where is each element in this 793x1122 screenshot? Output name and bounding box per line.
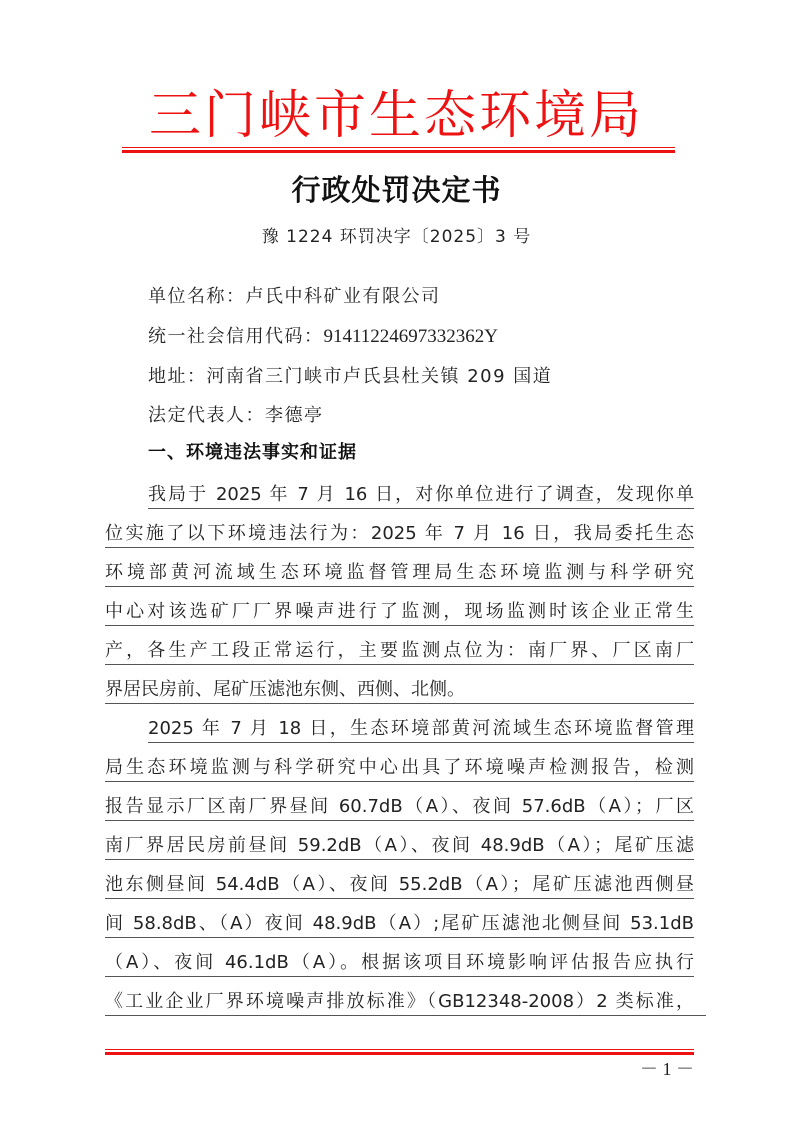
- underline: [105, 1015, 706, 1016]
- legal-rep-value: 李德亭: [265, 405, 324, 426]
- underline: [148, 742, 694, 743]
- document-number: 豫 1224 环罚决字〔2025〕3 号: [0, 224, 793, 250]
- body-line: 2025 年 7 月 18 日，生态环境部黄河流域生态环境监督管理: [148, 716, 694, 742]
- section-heading: 一、环境违法事实和证据: [148, 440, 357, 466]
- address-label: 地址：: [148, 366, 207, 387]
- underline: [105, 703, 694, 704]
- body-line: 池东侧昼间 54.4dB（A）、夜间 55.2dB（A）；尾矿压滤池西侧昼: [105, 872, 694, 898]
- body-line: 界居民房前、尾矿压滤池东侧、西侧、北侧。: [105, 677, 694, 703]
- body-line: 报告显示厂区南厂界昼间 60.7dB（A）、夜间 57.6dB（A）；厂区: [105, 794, 694, 820]
- organization-title: 三门峡市生态环境局: [105, 86, 688, 146]
- page-number: － 1 －: [630, 1057, 694, 1081]
- body-line: 产，各生产工段正常运行，主要监测点位为：南厂界、厂区南厂: [105, 638, 694, 664]
- body-line: 间 58.8dB、（A）夜间 48.9dB（A）;尾矿压滤池北侧昼间 53.1d…: [105, 911, 694, 937]
- underline: [105, 781, 694, 782]
- body-line: 南厂界居民房前昼间 59.2dB（A）、夜间 48.9dB（A）；尾矿压滤: [105, 833, 694, 859]
- address-value: 河南省三门峡市卢氏县杜关镇 209 国道: [207, 366, 553, 387]
- body-line: 位实施了以下环境违法行为：2025 年 7 月 16 日，我局委托生态: [105, 521, 694, 547]
- address-field: 地址：河南省三门峡市卢氏县杜关镇 209 国道: [148, 364, 552, 390]
- unit-name-label: 单位名称：: [148, 286, 246, 307]
- header-rule-thick: [122, 150, 675, 153]
- body-line: （A）、夜间 46.1dB（A）。根据该项目环境影响评估报告应执行: [105, 950, 694, 976]
- underline: [105, 820, 694, 821]
- footer-rule-thin: [105, 1049, 694, 1050]
- underline: [105, 547, 694, 548]
- unit-name-value: 卢氏中科矿业有限公司: [246, 286, 441, 307]
- body-line: 我局于 2025 年 7 月 16 日，对你单位进行了调查，发现你单: [148, 482, 694, 508]
- underline: [148, 508, 694, 509]
- underline: [105, 976, 694, 977]
- document-title: 行政处罚决定书: [0, 172, 793, 208]
- legal-rep-label: 法定代表人：: [148, 405, 265, 426]
- credit-code-label: 统一社会信用代码：: [148, 326, 324, 347]
- footer-rule-thick: [105, 1052, 694, 1055]
- body-line: 环境部黄河流域生态环境监督管理局生态环境监测与科学研究: [105, 560, 694, 586]
- body-line: 《工业企业厂界环境噪声排放标准》（GB12348-2008）2 类标准，: [105, 989, 694, 1015]
- underline: [105, 664, 694, 665]
- underline: [105, 586, 694, 587]
- unit-name-field: 单位名称：卢氏中科矿业有限公司: [148, 284, 441, 310]
- legal-rep-field: 法定代表人：李德亭: [148, 403, 324, 429]
- underline: [105, 625, 694, 626]
- document-page: 三门峡市生态环境局 行政处罚决定书 豫 1224 环罚决字〔2025〕3 号 单…: [0, 0, 793, 1122]
- credit-code-value: 91411224697332362Y: [324, 326, 499, 347]
- header-rule-thin: [122, 147, 675, 148]
- underline: [105, 859, 694, 860]
- underline: [105, 937, 694, 938]
- body-line: 中心对该选矿厂厂界噪声进行了监测，现场监测时该企业正常生: [105, 599, 694, 625]
- credit-code-field: 统一社会信用代码：91411224697332362Y: [148, 324, 498, 350]
- underline: [105, 898, 694, 899]
- body-line: 局生态环境监测与科学研究中心出具了环境噪声检测报告，检测: [105, 755, 694, 781]
